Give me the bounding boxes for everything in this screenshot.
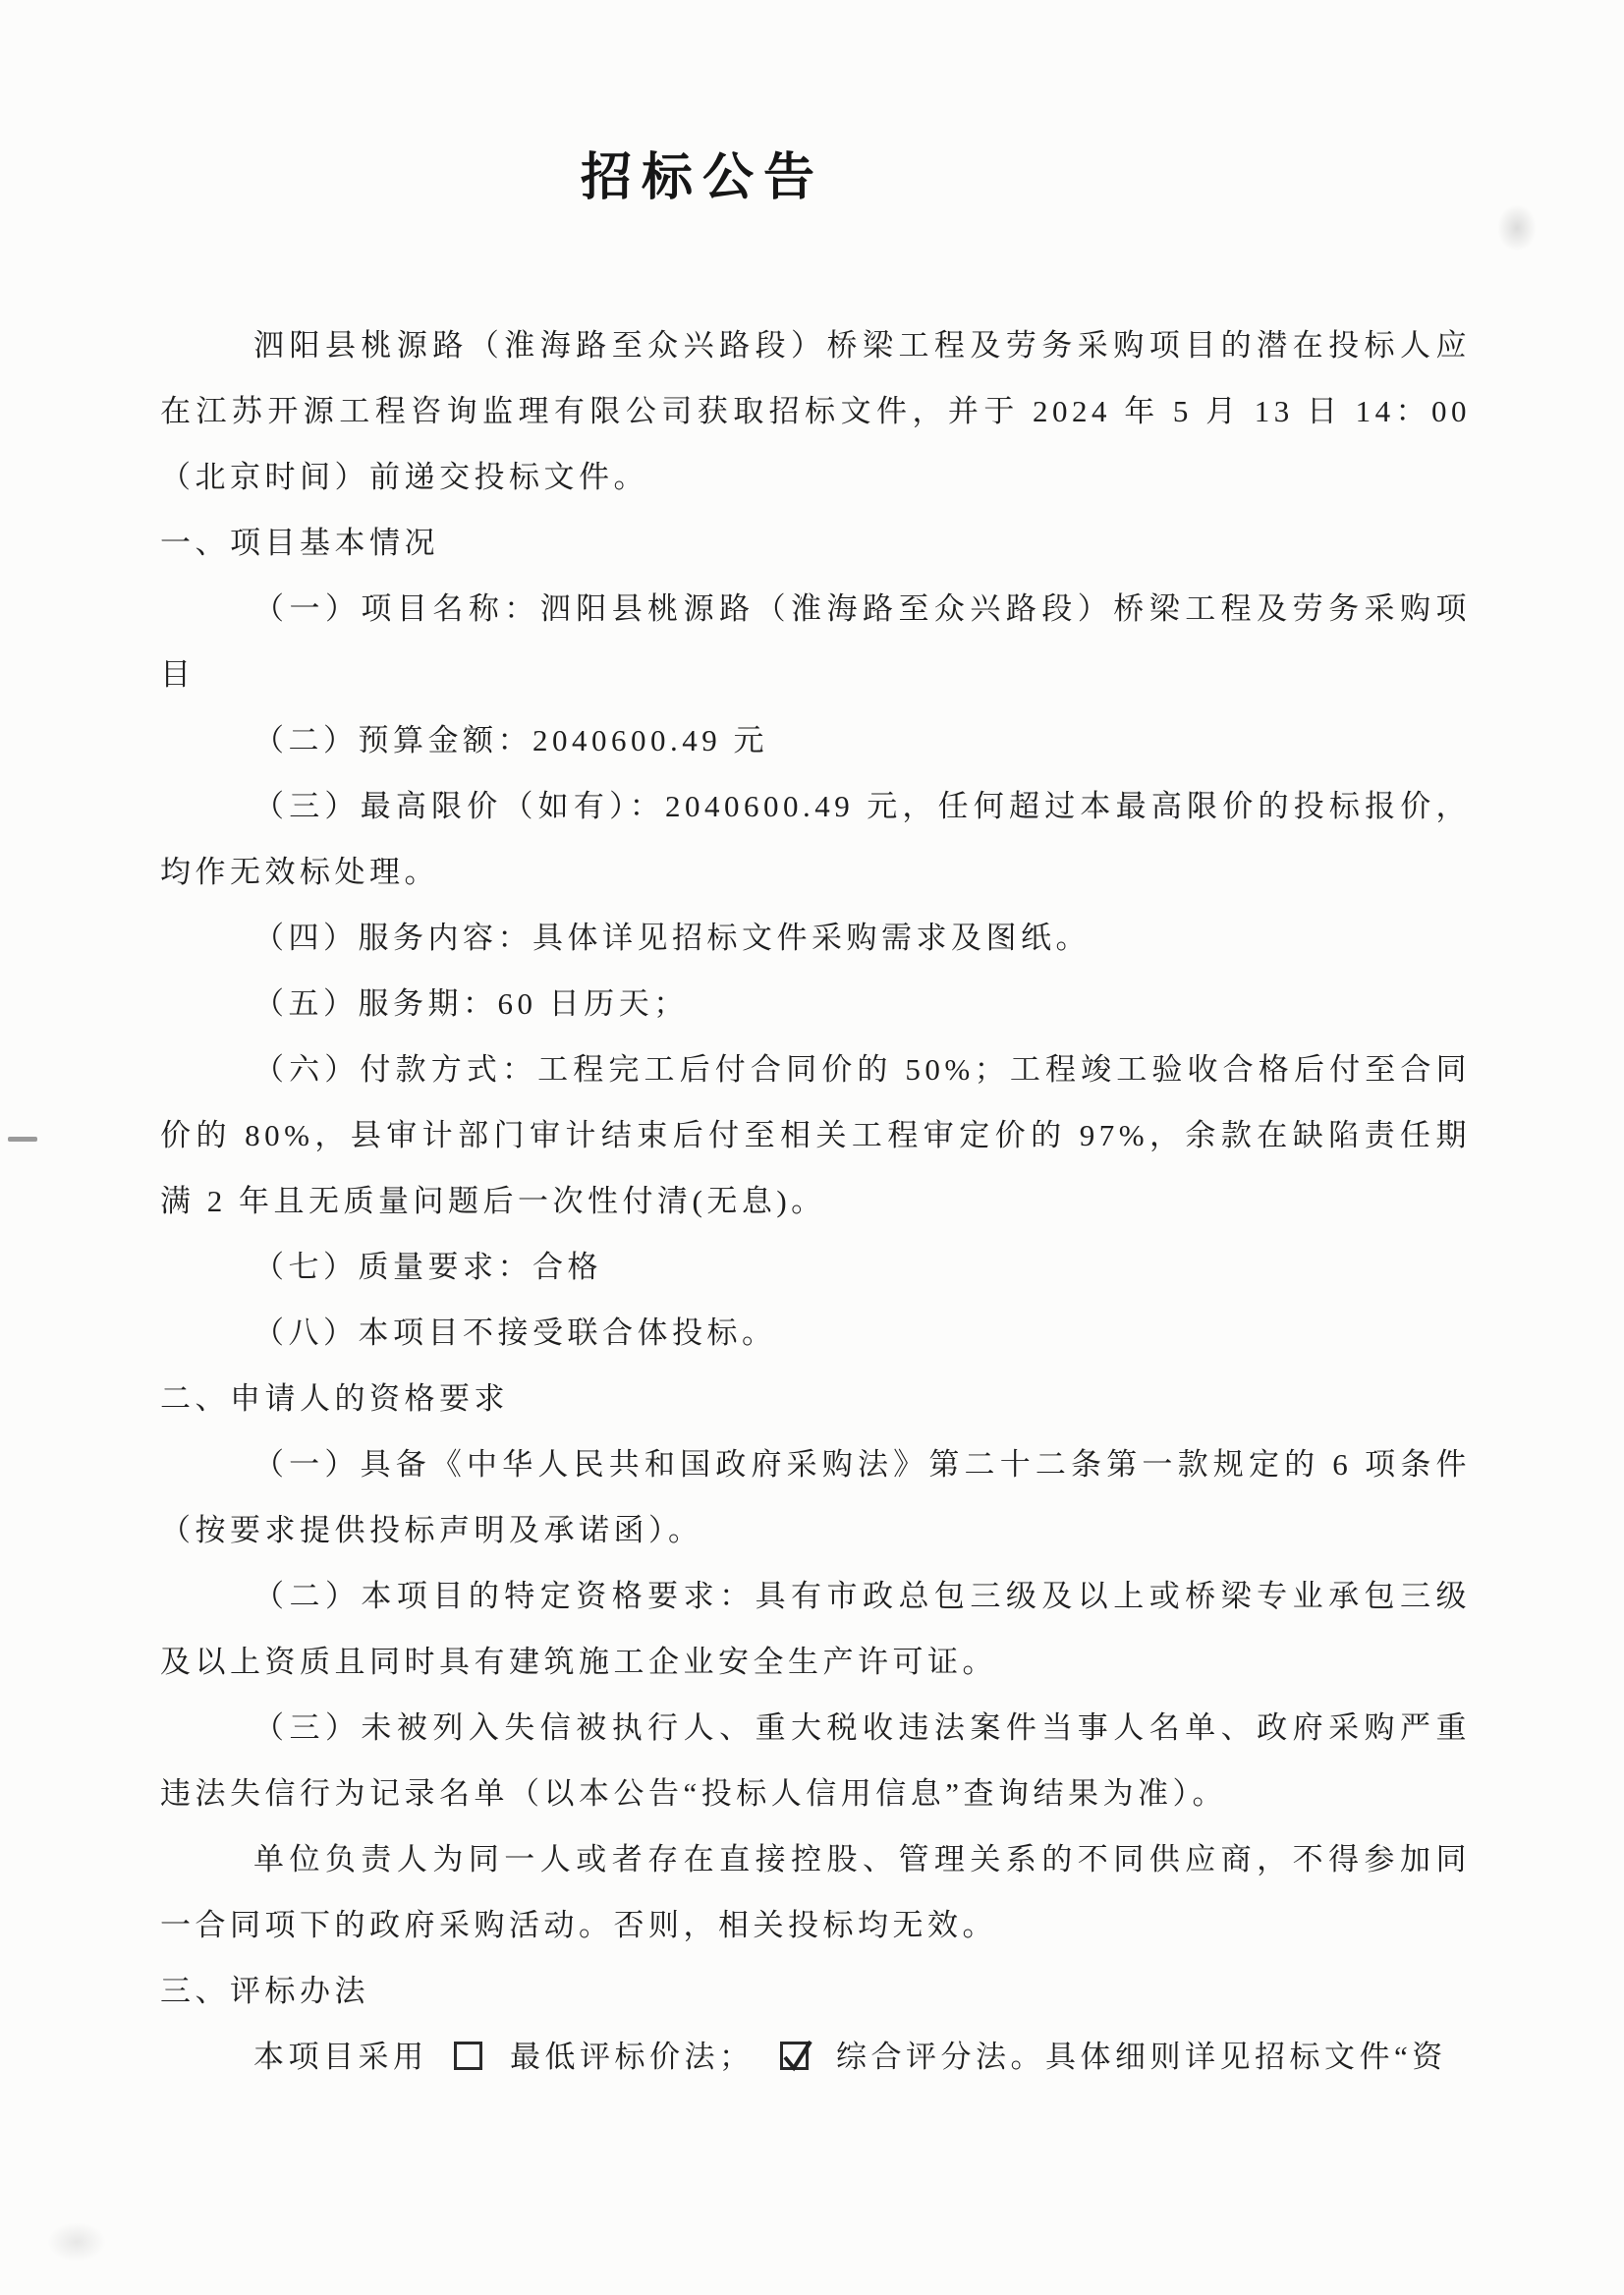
scan-artifact-smudge — [1497, 204, 1537, 252]
scan-artifact-dash — [8, 1137, 37, 1142]
evaluation-prefix: 本项目采用 — [253, 2040, 428, 2074]
item-service-content: （四）服务内容：具体详见招标文件采购需求及图纸。 — [160, 905, 1471, 971]
item-same-person-rule: 单位负责人为同一人或者存在直接控股、管理关系的不同供应商，不得参加同一合同项下的… — [160, 1826, 1471, 1958]
item-qualification-1: （一）具备《中华人民共和国政府采购法》第二十二条第一款规定的 6 项条件（按要求… — [160, 1431, 1471, 1563]
checkbox-checked-comprehensive[interactable] — [780, 2042, 809, 2070]
document-body: 泗阳县桃源路（淮海路至众兴路段）桥梁工程及劳务采购项目的潜在投标人应在江苏开源工… — [160, 312, 1471, 2090]
item-qualification-3: （三）未被列入失信被执行人、重大税收违法案件当事人名单、政府采购严重违法失信行为… — [160, 1695, 1471, 1826]
section-heading-1: 一、项目基本情况 — [160, 510, 1471, 576]
item-qualification-2: （二）本项目的特定资格要求：具有市政总包三级及以上或桥梁专业承包三级及以上资质且… — [160, 1563, 1471, 1695]
item-project-name: （一）项目名称：泗阳县桃源路（淮海路至众兴路段）桥梁工程及劳务采购项目 — [160, 576, 1471, 707]
item-no-consortium: （八）本项目不接受联合体投标。 — [160, 1300, 1471, 1366]
document-title: 招标公告 — [47, 136, 1358, 209]
intro-paragraph: 泗阳县桃源路（淮海路至众兴路段）桥梁工程及劳务采购项目的潜在投标人应在江苏开源工… — [160, 312, 1471, 510]
item-service-period: （五）服务期：60 日历天； — [160, 971, 1471, 1036]
scan-artifact-smudge — [47, 2222, 106, 2262]
item-quality-requirement: （七）质量要求：合格 — [160, 1234, 1471, 1300]
check-mark-icon — [780, 2036, 815, 2075]
section-heading-3: 三、评标办法 — [160, 1958, 1471, 2024]
document-page: 招标公告 泗阳县桃源路（淮海路至众兴路段）桥梁工程及劳务采购项目的潜在投标人应在… — [0, 0, 1624, 2295]
item-max-price: （三）最高限价（如有）：2040600.49 元，任何超过本最高限价的投标报价，… — [160, 773, 1471, 905]
item-payment-terms: （六）付款方式：工程完工后付合同价的 50%；工程竣工验收合格后付至合同价的 8… — [160, 1036, 1471, 1234]
evaluation-method-line: 本项目采用 最低评标价法； 综合评分法。具体细则详见招标文件“资 — [160, 2024, 1471, 2090]
section-heading-2: 二、申请人的资格要求 — [160, 1366, 1471, 1431]
evaluation-option-lowest-price: 最低评标价法； — [510, 2040, 755, 2074]
checkbox-unchecked-lowest-price[interactable] — [454, 2042, 482, 2070]
item-budget-amount: （二）预算金额：2040600.49 元 — [160, 707, 1471, 773]
evaluation-option-comprehensive: 综合评分法。具体细则详见招标文件“资 — [836, 2040, 1447, 2074]
